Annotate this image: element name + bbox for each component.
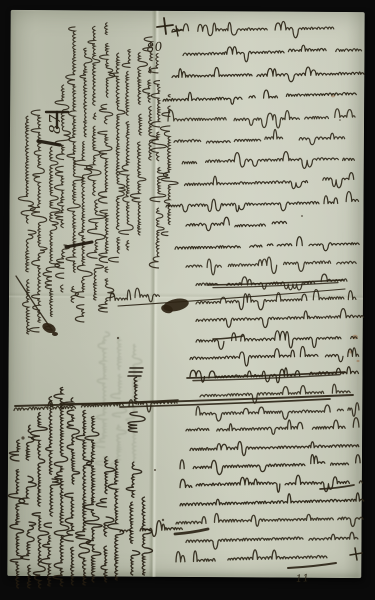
- page-number: 11: [295, 573, 309, 585]
- main-text-block: [14, 20, 364, 562]
- handwriting-layer: 80 87 11: [0, 0, 375, 600]
- foxing-stains: [331, 95, 360, 363]
- margin-annotations-bottom: [8, 377, 152, 588]
- margin-annotations-top: [18, 23, 178, 334]
- photo-frame: 80 87 11: [0, 0, 375, 600]
- numeral-80: 80: [146, 39, 164, 55]
- numeral-87: 87: [46, 114, 64, 134]
